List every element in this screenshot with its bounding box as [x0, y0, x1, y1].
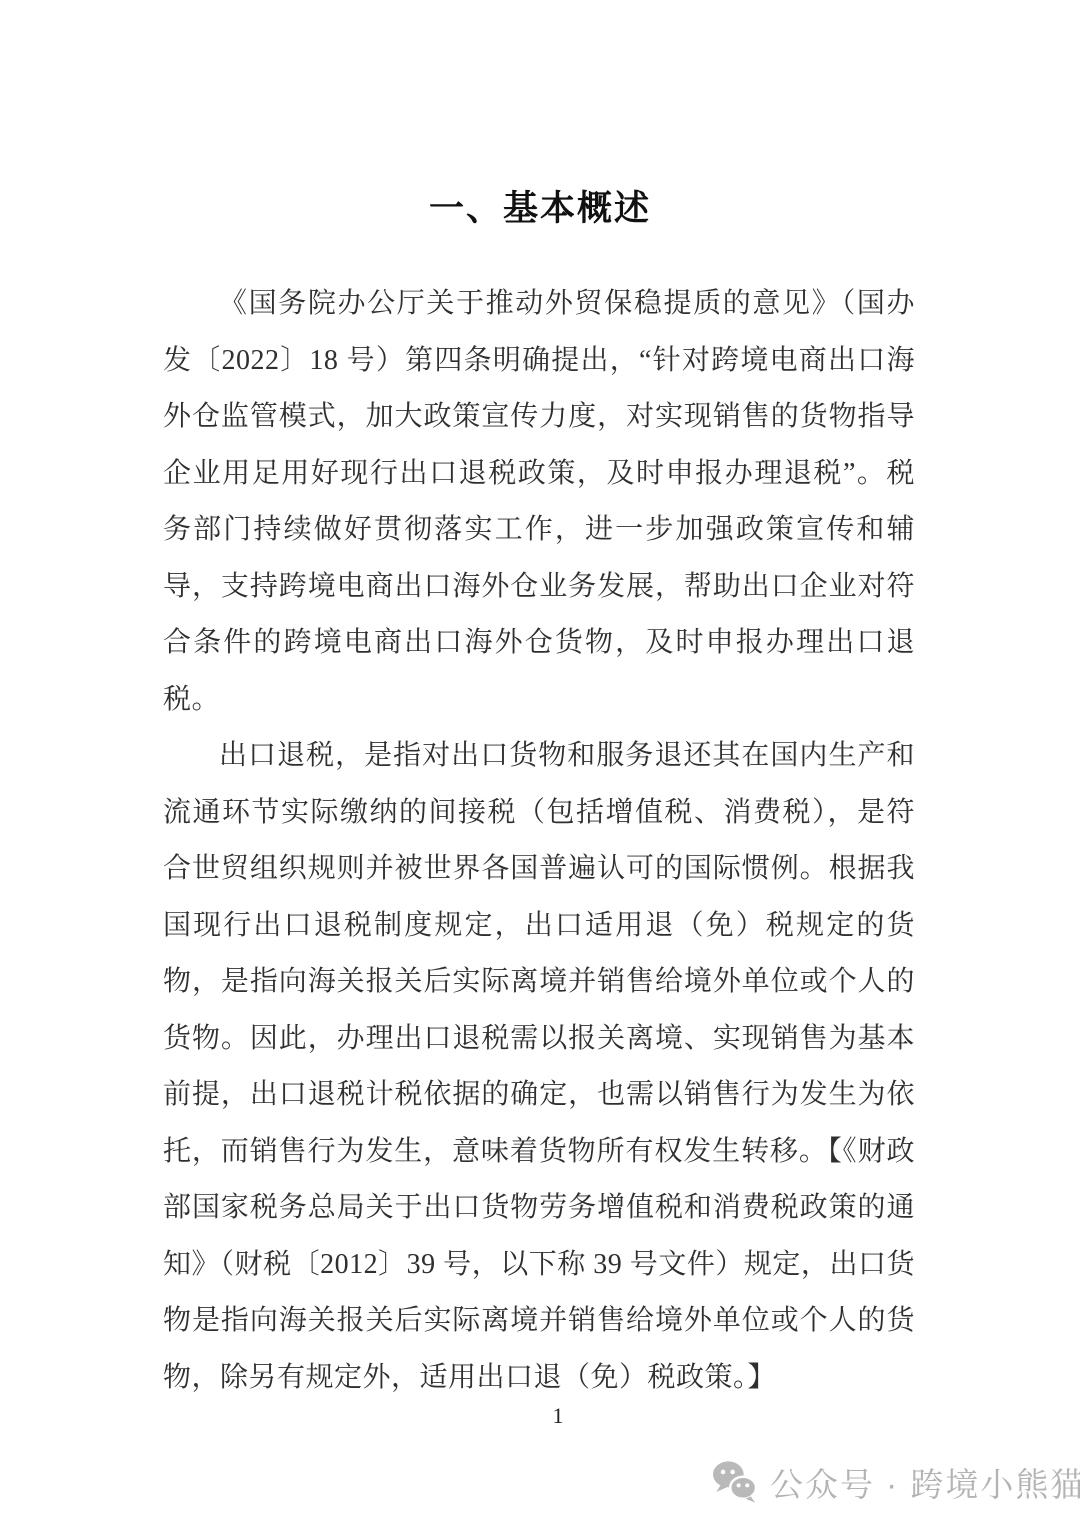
paragraph: 《国务院办公厅关于推动外贸保稳提质的意见》（国办发〔2022〕18 号）第四条明… — [163, 276, 915, 728]
section-title: 一、基本概述 — [0, 188, 1080, 230]
watermark-footer: 公众号 · 跨境小熊猫 — [712, 1458, 1080, 1506]
watermark-label: 公众号 · 跨境小熊猫 — [770, 1459, 1080, 1506]
paragraph: 出口退税，是指对出口货物和服务退还其在国内生产和流通环节实际缴纳的间接税（包括增… — [163, 728, 915, 1406]
document-body: 《国务院办公厅关于推动外贸保稳提质的意见》（国办发〔2022〕18 号）第四条明… — [163, 276, 915, 1406]
wechat-icon — [712, 1460, 758, 1504]
document-page: 一、基本概述 《国务院办公厅关于推动外贸保稳提质的意见》（国办发〔2022〕18… — [0, 0, 1080, 1527]
page-number: 1 — [553, 1403, 564, 1429]
